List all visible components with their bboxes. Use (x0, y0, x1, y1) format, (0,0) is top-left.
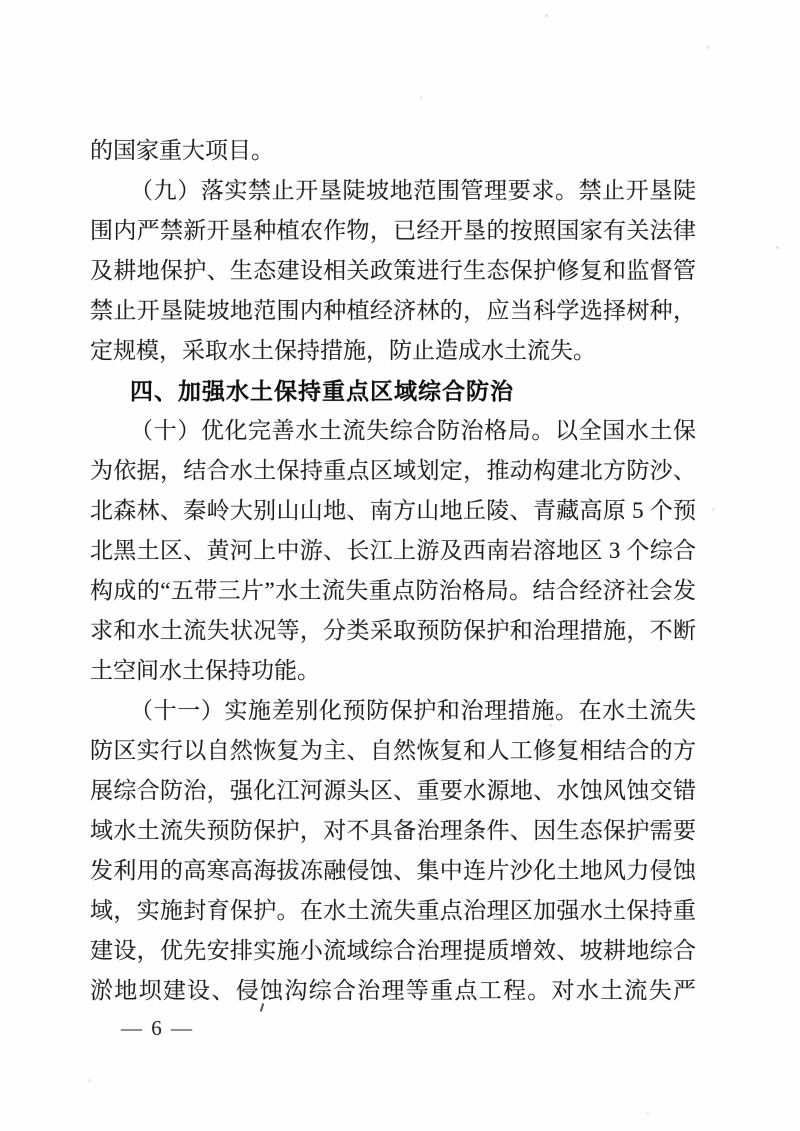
text-line: 禁止开垦陡坡地范围内种植经济林的，应当科学选择树种，合理确 (90, 291, 696, 331)
text-line: 及耕地保护、生态建设相关政策进行生态保护修复和监督管理。在 (90, 251, 696, 291)
section-heading: 四、加强水土保持重点区域综合防治 (90, 371, 696, 411)
text-line: 北黑土区、黄河上中游、长江上游及西南岩溶地区 3 个综合治理片 (90, 531, 696, 571)
text-line: 发利用的高寒高海拔冻融侵蚀、集中连片沙化土地风力侵蚀等区 (90, 851, 696, 891)
text-line: 淤地坝建设、侵蚀沟综合治理等重点工程。对水土流失严重、生态 (90, 971, 696, 1011)
scan-noise-specks (0, 0, 3, 3)
text-line: 建设，优先安排实施小流域综合治理提质增效、坡耕地综合治理、 (90, 931, 696, 971)
text-line: （九）落实禁止开垦陡坡地范围管理要求。禁止开垦陡坡地范 (90, 171, 696, 211)
text-line: 防区实行以自然恢复为主、自然恢复和人工修复相结合的方式开 (90, 731, 696, 771)
document-page: 的国家重大项目。（九）落实禁止开垦陡坡地范围管理要求。禁止开垦陡坡地范围内严禁新… (0, 0, 800, 1131)
text-line: 的国家重大项目。 (90, 131, 696, 171)
text-line: 构成的“五带三片”水土流失重点防治格局。结合经济社会发展要 (90, 571, 696, 611)
document-body: 的国家重大项目。（九）落实禁止开垦陡坡地范围管理要求。禁止开垦陡坡地范围内严禁新… (90, 131, 696, 1011)
text-line: 为依据，结合水土保持重点区域划定，推动构建北方防沙、东北华 (90, 451, 696, 491)
text-line: 围内严禁新开垦种植农作物，已经开垦的按照国家有关法律法规 (90, 211, 696, 251)
text-line: （十一）实施差别化预防保护和治理措施。在水土流失重点预 (90, 691, 696, 731)
text-line: 定规模，采取水土保持措施，防止造成水土流失。 (90, 331, 696, 371)
text-line: 北森林、秦岭大别山山地、南方山地丘陵、青藏高原 5 个预防带，东 (90, 491, 696, 531)
text-line: 展综合防治，强化江河源头区、重要水源地、水蚀风蚀交错区等区 (90, 771, 696, 811)
text-line: 求和水土流失状况等，分类采取预防保护和治理措施，不断提升国 (90, 611, 696, 651)
page-number: — 6 — (121, 1014, 194, 1042)
text-line: （十）优化完善水土流失综合防治格局。以全国水土保持区划 (90, 411, 696, 451)
text-line: 域，实施封育保护。在水土流失重点治理区加强水土保持重点工程 (90, 891, 696, 931)
text-line: 土空间水土保持功能。 (90, 651, 696, 691)
text-line: 域水土流失预防保护，对不具备治理条件、因生态保护需要不宜开 (90, 811, 696, 851)
